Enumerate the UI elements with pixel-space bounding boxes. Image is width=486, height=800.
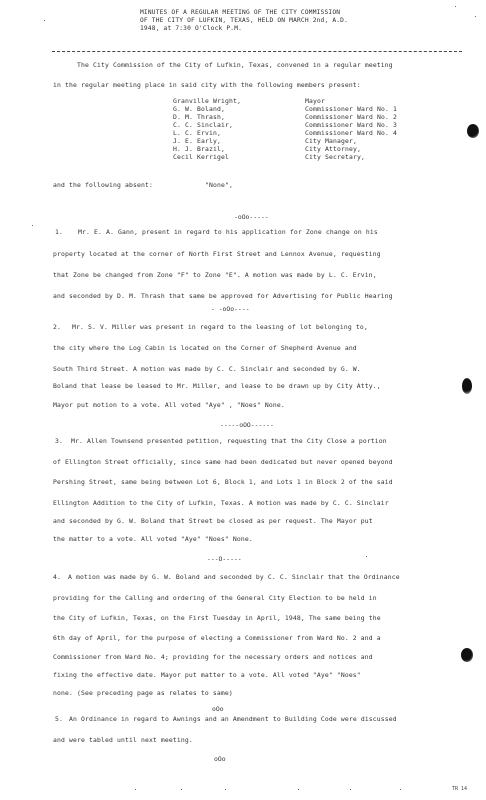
separator: -oOo-----	[234, 213, 269, 221]
member-title: Commissioner Ward No. 2	[305, 113, 397, 121]
absent-label: and the following absent:	[53, 181, 153, 189]
item-line: An Ordinance in regard to Awnings and an…	[69, 715, 397, 723]
member-name: Cecil Kerrigel	[173, 153, 229, 161]
member-name: G. W. Boland,	[173, 105, 225, 113]
item-line: property located at the corner of North …	[53, 250, 381, 258]
item-line: Commissioner from Ward No. 4; providing …	[53, 653, 373, 661]
item-line: Ellington Addition to the City of Lufkin…	[53, 499, 389, 507]
item-line: and seconded by G. W. Boland that Street…	[53, 517, 373, 525]
item-line: the City of Lufkin, Texas, on the First …	[53, 614, 381, 622]
intro-line-1: The City Commission of the City of Lufki…	[77, 61, 393, 69]
member-title: Commissioner Ward No. 1	[305, 105, 397, 113]
item-line: fixing the effective date. Mayor put mat…	[53, 671, 361, 679]
absent-value: "None",	[205, 181, 233, 189]
scan-speck	[400, 789, 401, 790]
item-number: 1.	[55, 228, 63, 236]
member-name: D. M. Thrash,	[173, 113, 225, 121]
item-number: 4.	[53, 573, 61, 581]
scan-speck	[366, 556, 367, 557]
member-title: Commissioner Ward No. 3	[305, 121, 397, 129]
item-line: and seconded by D. M. Thrash that same b…	[53, 292, 393, 300]
item-line: the city where the Log Cabin is located …	[53, 344, 357, 352]
header-line-3: 1948, at 7:30 O'Clock P.M.	[140, 25, 242, 33]
item-line: Mr. S. V. Miller was present in regard t…	[72, 323, 368, 331]
scan-speck	[181, 789, 182, 790]
item-line: Pershing Street, same being between Lot …	[53, 478, 393, 486]
member-name: L. C. Ervin,	[173, 129, 221, 137]
minutes-page: MINUTES OF A REGULAR MEETING OF THE CITY…	[0, 0, 486, 800]
item-line: providing for the Calling and ordering o…	[53, 594, 377, 602]
member-title: Mayor	[305, 97, 325, 105]
item-line: Mr. Allen Townsend presented petition, r…	[71, 437, 387, 445]
header-rule	[52, 51, 462, 53]
scan-speck	[455, 6, 456, 7]
separator: ---O-----	[207, 555, 242, 563]
item-number: 2.	[53, 323, 61, 331]
hole-punch	[462, 378, 472, 394]
scan-speck	[135, 789, 136, 790]
scan-speck	[475, 16, 476, 17]
scan-speck	[350, 789, 351, 790]
header-line-2: OF THE CITY OF LUFKIN, TEXAS, HELD ON MA…	[140, 17, 348, 25]
member-title: City Attorney,	[305, 145, 361, 153]
hole-punch	[467, 124, 479, 138]
item-number: 3.	[55, 437, 63, 445]
scan-speck	[225, 789, 226, 790]
item-line: Mayor put motion to a vote. All voted "A…	[53, 401, 285, 409]
member-title: Commissioner Ward No. 4	[305, 129, 397, 137]
item-line: the matter to a vote. All voted "Aye" "N…	[53, 535, 253, 543]
header-line-1: MINUTES OF A REGULAR MEETING OF THE CITY…	[140, 9, 340, 17]
scan-speck	[298, 789, 299, 790]
scan-speck	[44, 20, 45, 21]
item-line: of Ellington Street officially, since sa…	[53, 458, 393, 466]
member-title: City Secretary,	[305, 153, 365, 161]
member-name: J. E. Early,	[173, 137, 221, 145]
intro-line-2: in the regular meeting place in said cit…	[53, 81, 361, 89]
item-line: that Zone be changed from Zone "F" to Zo…	[53, 271, 377, 279]
member-title: City Manager,	[305, 137, 357, 145]
member-name: H. J. Brazil,	[173, 145, 225, 153]
footer-mark: TR 14	[452, 786, 467, 792]
item-line: 6th day of April, for the purpose of ele…	[53, 634, 381, 642]
separator: -----oOO------	[220, 421, 274, 429]
scan-speck	[32, 225, 33, 226]
item-line: none. (See preceding page as relates to …	[53, 689, 233, 697]
member-name: C. C. Sinclair,	[173, 121, 233, 129]
hole-punch	[461, 648, 473, 662]
separator: oOo	[214, 755, 226, 763]
item-number: 5.	[55, 715, 63, 723]
separator: oOo	[212, 705, 224, 713]
item-line: South Third Street. A motion was made by…	[53, 365, 361, 373]
item-line: Mr. E. A. Gann, present in regard to his…	[78, 228, 378, 236]
item-line: A motion was made by G. W. Boland and se…	[68, 573, 400, 581]
separator: - -oOo----	[211, 305, 249, 313]
member-name: Granville Wright,	[173, 97, 241, 105]
item-line: Boland that lease be leased to Mr. Mille…	[53, 382, 381, 390]
item-line: and were tabled until next meeting.	[53, 736, 193, 744]
